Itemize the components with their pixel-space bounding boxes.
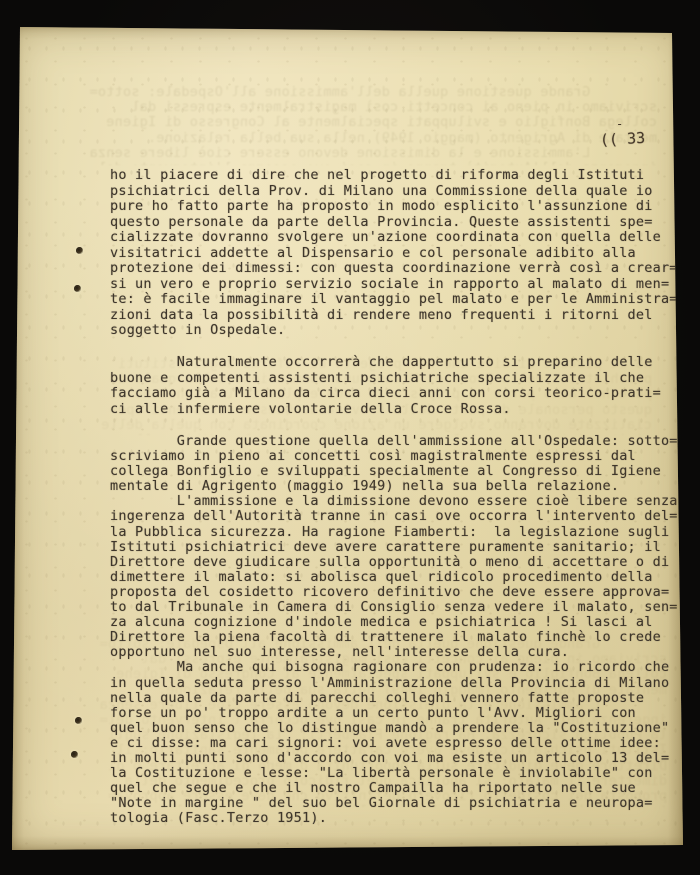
paragraph-2: Naturalmente occorrerà che dappertutto s…	[110, 355, 661, 417]
bleedthrough-text: Grande questione quella dell'ammissione …	[82, 85, 657, 165]
paragraph-3: Grande questione quella dell'ammissione …	[110, 434, 678, 826]
pen-tick-mark: -	[616, 117, 623, 131]
page-number: (( 33	[600, 129, 646, 149]
punch-hole	[71, 751, 78, 758]
punch-hole	[76, 247, 83, 254]
punch-hole	[75, 717, 82, 724]
paragraph-1: ho il piacere di dire che nel progetto d…	[110, 168, 678, 339]
scanned-document-scene: Grande questione quella dell'ammissione …	[0, 0, 700, 875]
document-page: Grande questione quella dell'ammissione …	[12, 27, 684, 850]
punch-hole	[74, 285, 81, 292]
